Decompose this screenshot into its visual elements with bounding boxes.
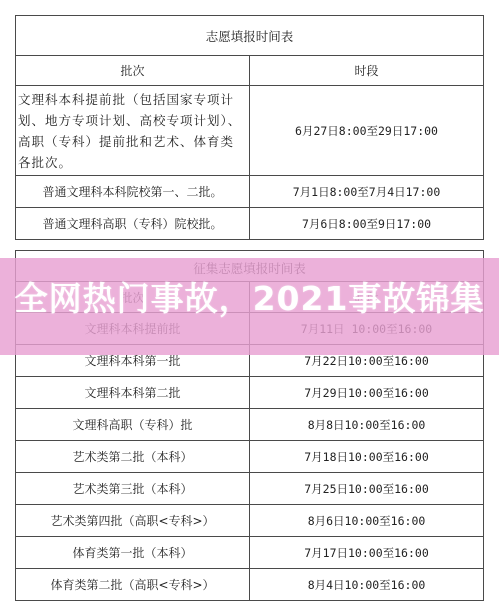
table-row: 艺术类第二批（本科） 7月18日10:00至16:00 <box>16 441 484 473</box>
period-cell: 7月1日8:00至7月4日17:00 <box>250 176 484 208</box>
table-title-row: 志愿填报时间表 <box>16 16 484 56</box>
headline-text: 全网热门事故，2021事故锦集 <box>15 273 485 320</box>
period-cell: 6月27日8:00至29日17:00 <box>250 86 484 176</box>
batch-cell: 艺术类第二批（本科） <box>16 441 250 473</box>
batch-cell: 体育类第二批（高职<专科>） <box>16 569 250 601</box>
table-row: 艺术类第四批（高职<专科>） 8月6日10:00至16:00 <box>16 505 484 537</box>
batch-cell: 普通文理科本科院校第一、二批。 <box>16 176 250 208</box>
table-row: 艺术类第三批（本科） 7月25日10:00至16:00 <box>16 473 484 505</box>
batch-cell: 艺术类第三批（本科） <box>16 473 250 505</box>
table-row: 普通文理科本科院校第一、二批。 7月1日8:00至7月4日17:00 <box>16 176 484 208</box>
table-row: 普通文理科高职（专科）院校批。 7月6日8:00至9日17:00 <box>16 208 484 240</box>
table-row: 体育类第一批（本科） 7月17日10:00至16:00 <box>16 537 484 569</box>
headline-overlay-band: 全网热门事故，2021事故锦集 <box>0 258 499 355</box>
batch-cell: 普通文理科高职（专科）院校批。 <box>16 208 250 240</box>
period-cell: 7月25日10:00至16:00 <box>250 473 484 505</box>
table-header-row: 批次 时段 <box>16 56 484 86</box>
batch-cell: 体育类第一批（本科） <box>16 537 250 569</box>
batch-cell: 艺术类第四批（高职<专科>） <box>16 505 250 537</box>
period-cell: 7月18日10:00至16:00 <box>250 441 484 473</box>
header-period: 时段 <box>250 56 484 86</box>
period-cell: 7月6日8:00至9日17:00 <box>250 208 484 240</box>
table-row: 文理科本科第二批 7月29日10:00至16:00 <box>16 377 484 409</box>
batch-cell: 文理科本科提前批（包括国家专项计划、地方专项计划、高校专项计划）、高职（专科）提… <box>16 86 250 176</box>
table-row: 文理科本科提前批（包括国家专项计划、地方专项计划、高校专项计划）、高职（专科）提… <box>16 86 484 176</box>
period-cell: 8月4日10:00至16:00 <box>250 569 484 601</box>
batch-cell: 文理科本科第二批 <box>16 377 250 409</box>
table-row: 文理科高职（专科）批 8月8日10:00至16:00 <box>16 409 484 441</box>
table-row: 体育类第二批（高职<专科>） 8月4日10:00至16:00 <box>16 569 484 601</box>
period-cell: 7月17日10:00至16:00 <box>250 537 484 569</box>
batch-cell: 文理科高职（专科）批 <box>16 409 250 441</box>
period-cell: 8月8日10:00至16:00 <box>250 409 484 441</box>
period-cell: 8月6日10:00至16:00 <box>250 505 484 537</box>
period-cell: 7月29日10:00至16:00 <box>250 377 484 409</box>
header-batch: 批次 <box>16 56 250 86</box>
application-schedule-table: 志愿填报时间表 批次 时段 文理科本科提前批（包括国家专项计划、地方专项计划、高… <box>15 15 484 240</box>
table-title: 志愿填报时间表 <box>16 16 484 56</box>
